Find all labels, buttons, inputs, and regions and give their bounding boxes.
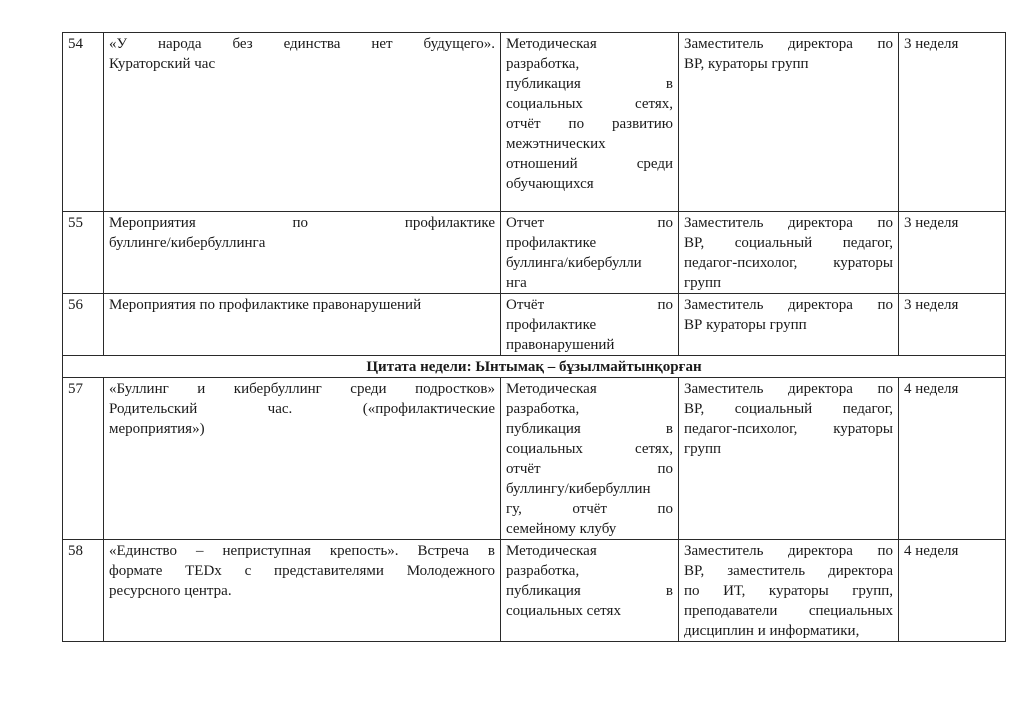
completion-form-line: отчёт по развитию — [506, 114, 673, 134]
responsible: Заместитель директора поВР, кураторы гру… — [679, 33, 899, 212]
completion-form-line: Методическая — [506, 379, 673, 399]
term: 3 неделя — [899, 33, 1006, 212]
responsible-line: ВР, заместитель директора — [684, 561, 893, 581]
event-name-line: буллинге/кибербуллинга — [109, 233, 495, 253]
quote-of-week-row: Цитата недели: Ынтымақ – бұзылмайтынқорғ… — [63, 356, 1006, 378]
quote-of-week: Цитата недели: Ынтымақ – бұзылмайтынқорғ… — [63, 356, 1006, 378]
responsible-line: групп — [684, 273, 893, 293]
completion-form-line: публикация в — [506, 74, 673, 94]
responsible-line: дисциплин и информатики, — [684, 621, 893, 641]
event-name: Мероприятия по профилактикебуллинге/кибе… — [104, 212, 501, 294]
table-row: 54«У народа без единства нет будущего».К… — [63, 33, 1006, 212]
event-name-line: «Единство – неприступная крепость». Встр… — [109, 541, 495, 561]
completion-form-line: публикация в — [506, 581, 673, 601]
completion-form-line: социальных сетях, — [506, 439, 673, 459]
completion-form-line: Отчёт по — [506, 295, 673, 315]
responsible-line: преподаватели специальных — [684, 601, 893, 621]
responsible: Заместитель директора поВР кураторы груп… — [679, 294, 899, 356]
completion-form: Отчет попрофилактикебуллинга/кибербуллин… — [501, 212, 679, 294]
event-name: «Единство – неприступная крепость». Встр… — [104, 540, 501, 642]
event-name-line: Мероприятия по профилактике — [109, 213, 495, 233]
responsible-line: ВР, кураторы групп — [684, 54, 893, 74]
event-name: Мероприятия по профилактике правонарушен… — [104, 294, 501, 356]
term: 4 неделя — [899, 540, 1006, 642]
row-number: 57 — [63, 378, 104, 540]
row-number: 55 — [63, 212, 104, 294]
completion-form-line: отношений среди — [506, 154, 673, 174]
term: 3 неделя — [899, 294, 1006, 356]
completion-form-line: публикация в — [506, 419, 673, 439]
completion-form-line: межэтнических — [506, 134, 673, 154]
completion-form: Методическаяразработка,публикация всоциа… — [501, 33, 679, 212]
completion-form-line: разработка, — [506, 561, 673, 581]
responsible-line: ВР кураторы групп — [684, 315, 893, 335]
completion-form-line: буллингу/кибербуллин — [506, 479, 673, 499]
row-number: 54 — [63, 33, 104, 212]
responsible-line: Заместитель директора по — [684, 541, 893, 561]
term: 3 неделя — [899, 212, 1006, 294]
responsible-line: Заместитель директора по — [684, 379, 893, 399]
responsible-line: групп — [684, 439, 893, 459]
event-name-line: Мероприятия по профилактике правонарушен… — [109, 295, 495, 315]
responsible-line: Заместитель директора по — [684, 34, 893, 54]
completion-form-line: обучающихся — [506, 174, 673, 194]
event-name-line: «У народа без единства нет будущего». — [109, 34, 495, 54]
completion-form: Методическаяразработка,публикация всоциа… — [501, 540, 679, 642]
completion-form-line: Отчет по — [506, 213, 673, 233]
table-row: 57«Буллинг и кибербуллинг среди подростк… — [63, 378, 1006, 540]
responsible: Заместитель директора поВР, социальный п… — [679, 378, 899, 540]
event-name: «Буллинг и кибербуллинг среди подростков… — [104, 378, 501, 540]
responsible-line: Заместитель директора по — [684, 213, 893, 233]
completion-form-line: социальных сетях — [506, 601, 673, 621]
row-number: 58 — [63, 540, 104, 642]
completion-form-line: профилактике — [506, 315, 673, 335]
responsible: Заместитель директора поВР, заместитель … — [679, 540, 899, 642]
completion-form: Методическаяразработка,публикация всоциа… — [501, 378, 679, 540]
event-name-line: «Буллинг и кибербуллинг среди подростков… — [109, 379, 495, 399]
completion-form-line: отчёт по — [506, 459, 673, 479]
event-name-line: ресурсного центра. — [109, 581, 495, 601]
completion-form-line: Методическая — [506, 34, 673, 54]
responsible-line: ВР, социальный педагог, — [684, 233, 893, 253]
completion-form-line: социальных сетях, — [506, 94, 673, 114]
responsible-line: ВР, социальный педагог, — [684, 399, 893, 419]
event-name-line: Родительский час. («профилактические — [109, 399, 495, 419]
completion-form-line: нга — [506, 273, 673, 293]
completion-form-line: профилактике — [506, 233, 673, 253]
completion-form-line: семейному клубу — [506, 519, 673, 539]
responsible-line: по ИТ, кураторы групп, — [684, 581, 893, 601]
completion-form: Отчёт попрофилактикеправонарушений — [501, 294, 679, 356]
responsible: Заместитель директора поВР, социальный п… — [679, 212, 899, 294]
responsible-line: педагог-психолог, кураторы — [684, 253, 893, 273]
event-name-line: формате TEDx с представителями Молодежно… — [109, 561, 495, 581]
row-number: 56 — [63, 294, 104, 356]
completion-form-line: Методическая — [506, 541, 673, 561]
completion-form-line: гу, отчёт по — [506, 499, 673, 519]
table-row: 56Мероприятия по профилактике правонаруш… — [63, 294, 1006, 356]
event-name: «У народа без единства нет будущего».Кур… — [104, 33, 501, 212]
term: 4 неделя — [899, 378, 1006, 540]
completion-form-line: разработка, — [506, 399, 673, 419]
event-plan-body: 54«У народа без единства нет будущего».К… — [63, 33, 1006, 642]
event-plan-table: 54«У народа без единства нет будущего».К… — [62, 32, 1006, 642]
completion-form-line: правонарушений — [506, 335, 673, 355]
completion-form-line: буллинга/кибербулли — [506, 253, 673, 273]
document-page: 54«У народа без единства нет будущего».К… — [0, 0, 1024, 724]
event-name-line: мероприятия») — [109, 419, 495, 439]
event-name-line: Кураторский час — [109, 54, 495, 74]
completion-form-line: разработка, — [506, 54, 673, 74]
table-row: 58«Единство – неприступная крепость». Вс… — [63, 540, 1006, 642]
responsible-line: педагог-психолог, кураторы — [684, 419, 893, 439]
responsible-line: Заместитель директора по — [684, 295, 893, 315]
table-row: 55Мероприятия по профилактикебуллинге/ки… — [63, 212, 1006, 294]
